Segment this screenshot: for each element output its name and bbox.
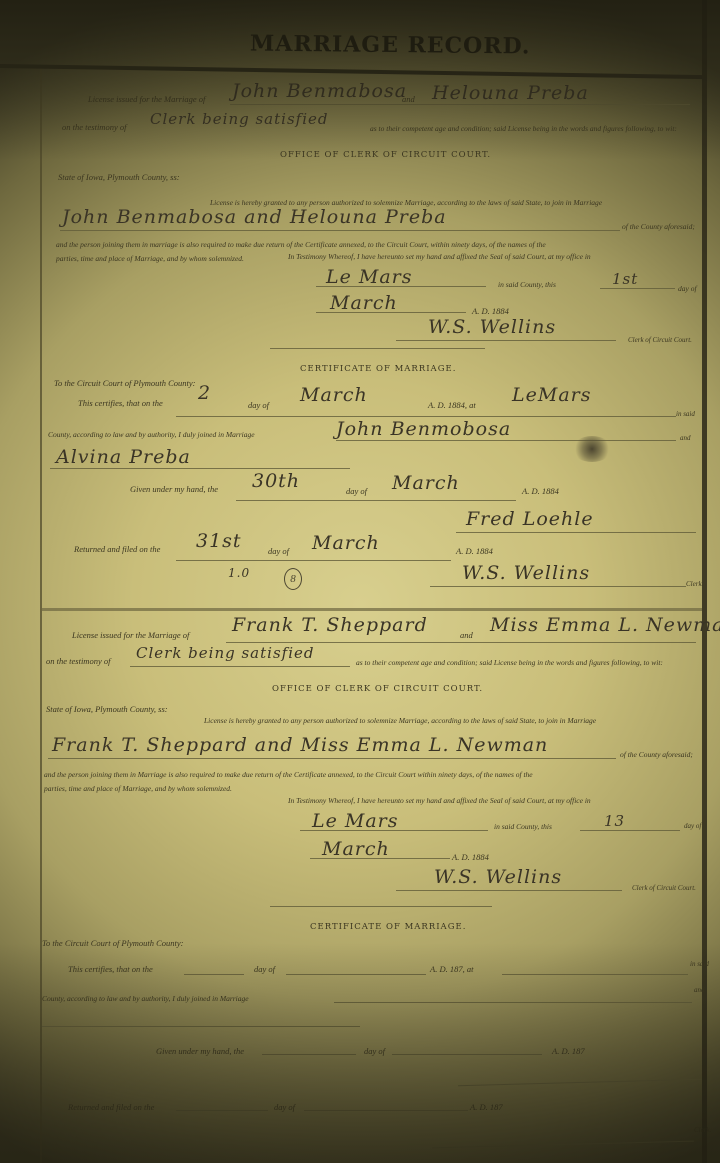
ad-label: A. D. 1884 xyxy=(472,306,509,316)
returned-text: Returned and filed on the xyxy=(68,1102,154,1112)
clerk-title: Clerk of Circuit Court. xyxy=(628,336,692,344)
couple-names: Frank T. Sheppard and Miss Emma L. Newma… xyxy=(52,734,548,756)
day-of-label: day of xyxy=(678,284,697,293)
given-day: 30th xyxy=(252,470,300,492)
to-court: To the Circuit Court of Plymouth County: xyxy=(42,938,184,948)
office-heading: OFFICE OF CLERK OF CIRCUIT COURT. xyxy=(280,150,491,160)
returned-ad: A. D. 1884 xyxy=(456,546,493,556)
groom-name: John Benmabosa xyxy=(232,80,407,102)
returned-clerk-title: Clerk. xyxy=(686,580,703,588)
cert-ad: A. D. 187, at xyxy=(430,964,473,974)
separator-line xyxy=(270,348,485,349)
to-court: To the Circuit Court of Plymouth County: xyxy=(54,378,196,388)
cert-day-of: day of xyxy=(248,400,269,410)
couple-line xyxy=(60,230,620,231)
place-line xyxy=(316,286,486,287)
day-line xyxy=(600,288,675,289)
grant-text: License is hereby granted to any person … xyxy=(204,716,596,725)
name-line xyxy=(230,104,690,105)
cert-ad: A. D. 1884, at xyxy=(428,400,476,410)
return-text: and the person joining them in marriage … xyxy=(56,240,546,249)
county-text: of the County aforesaid; xyxy=(620,750,693,759)
clerk-signature: W.S. Wellins xyxy=(428,316,556,338)
license-day: 13 xyxy=(604,812,625,830)
clerk-title: Clerk of Circuit Court. xyxy=(632,884,696,892)
testimony-value: Clerk being satisfied xyxy=(150,110,328,128)
testimony-whereof: In Testimony Whereof, I have hereunto se… xyxy=(288,252,591,261)
groom-name: Frank T. Sheppard xyxy=(232,614,428,636)
cert-bride-line xyxy=(50,468,350,469)
day-line xyxy=(580,830,680,831)
signature-line xyxy=(396,890,622,891)
returned-month-line xyxy=(304,1110,468,1111)
and-label: and xyxy=(460,630,473,640)
cert-month-line xyxy=(286,974,426,975)
ink-blot xyxy=(572,436,612,462)
cert-and: and xyxy=(680,434,691,442)
returned-ad: A. D. 187 xyxy=(470,1102,503,1112)
cert-bride-line xyxy=(42,1026,360,1027)
in-said: in said xyxy=(690,960,709,968)
ad-label: A. D. 1884 xyxy=(452,852,489,862)
return-text-2: parties, time and place of Marriage, and… xyxy=(56,254,244,263)
cert-bride: Alvina Preba xyxy=(56,446,191,468)
officiant-line xyxy=(458,1079,702,1086)
testimony-line xyxy=(130,666,350,667)
testimony-whereof: In Testimony Whereof, I have hereunto se… xyxy=(288,796,591,805)
given-year-digit: 4 xyxy=(555,486,559,496)
returned-day-line xyxy=(176,1110,268,1111)
cert-day-of: day of xyxy=(254,964,275,974)
returned-month: March xyxy=(312,532,380,554)
given-day-line xyxy=(262,1054,356,1055)
couple-names: John Benmabosa and Helouna Preba xyxy=(62,206,447,228)
cert-day: 2 xyxy=(198,382,211,404)
license-place: Le Mars xyxy=(326,266,413,288)
office-heading: OFFICE OF CLERK OF CIRCUIT COURT. xyxy=(272,684,483,694)
certificate-heading: CERTIFICATE OF MARRIAGE. xyxy=(310,922,466,932)
record-divider xyxy=(42,608,702,611)
bride-name: Miss Emma L. Newman xyxy=(490,614,720,636)
returned-day: 31st xyxy=(196,530,242,552)
testimony-suffix: as to their competent age and condition;… xyxy=(356,658,663,667)
returned-day-of: day of xyxy=(268,546,289,556)
given-month: March xyxy=(392,472,460,494)
couple-line xyxy=(48,758,616,759)
returned-clerk-signature: W.S. Wellins xyxy=(462,562,590,584)
cert-groom: John Benmobosa xyxy=(336,418,511,440)
given-text: Given under my hand, the xyxy=(156,1046,244,1056)
state-county: State of Iowa, Plymouth County, ss: xyxy=(58,172,180,182)
clerk-signature: W.S. Wellins xyxy=(434,866,562,888)
given-day-of: day of xyxy=(346,486,367,496)
license-month: March xyxy=(330,292,398,314)
circled-note: 8 xyxy=(284,568,302,590)
returned-year-digit: 4 xyxy=(489,546,493,556)
shadow-bottom xyxy=(0,943,720,1163)
separator-line xyxy=(270,906,492,907)
returned-clerk-line xyxy=(432,1141,694,1149)
given-month-line xyxy=(392,1054,542,1055)
cert-county-text: County, according to law and by authorit… xyxy=(48,430,255,439)
testimony-prefix: on the testimony of xyxy=(46,656,110,666)
margin-note: 1.0 xyxy=(228,566,250,580)
state-county: State of Iowa, Plymouth County, ss: xyxy=(46,704,168,714)
license-day: 1st xyxy=(612,270,638,288)
certifies-text: This certifies, that on the xyxy=(78,398,163,408)
cert-day-line xyxy=(184,974,244,975)
ledger-page: MARRIAGE RECORD. License issued for the … xyxy=(0,0,720,1163)
testimony-prefix: on the testimony of xyxy=(62,122,126,132)
cert-groom-line xyxy=(334,1002,692,1003)
returned-clerk-line xyxy=(430,586,686,587)
in-said-county: in said County, this xyxy=(494,822,552,831)
certificate-heading: CERTIFICATE OF MARRIAGE. xyxy=(300,364,456,374)
day-of-label: day of xyxy=(684,822,701,830)
returned-clerk-title: Clerk. xyxy=(694,1126,711,1134)
month-line xyxy=(316,312,466,313)
name-line xyxy=(226,642,696,643)
given-ad: A. D. 187 xyxy=(552,1046,585,1056)
cert-date-line xyxy=(176,416,676,417)
returned-day-of: day of xyxy=(274,1102,295,1112)
license-prefix: License issued for the Marriage of xyxy=(72,630,189,640)
testimony-value: Clerk being satisfied xyxy=(136,644,314,662)
page-title: MARRIAGE RECORD. xyxy=(250,31,531,60)
return-text: and the person joining them in Marriage … xyxy=(44,770,533,779)
bride-name: Helouna Preba xyxy=(432,82,589,104)
given-text: Given under my hand, the xyxy=(130,484,218,494)
place-line xyxy=(300,830,488,831)
county-text: of the County aforesaid; xyxy=(622,222,695,231)
license-prefix: License issued for the Marriage of xyxy=(88,94,205,104)
in-said: in said xyxy=(676,410,695,418)
returned-line xyxy=(176,560,451,561)
cert-and: and xyxy=(694,986,705,994)
and-label: and xyxy=(402,94,415,104)
certifies-text: This certifies, that on the xyxy=(68,964,153,974)
header-rule xyxy=(0,64,705,79)
cert-county-text: County, according to law and by authorit… xyxy=(42,994,249,1003)
given-day-of: day of xyxy=(364,1046,385,1056)
license-place: Le Mars xyxy=(312,810,399,832)
cert-place: LeMars xyxy=(512,384,591,406)
year-digit: 4 xyxy=(485,852,489,862)
officiant-line xyxy=(456,532,696,533)
cert-month: March xyxy=(300,384,368,406)
cert-place-line xyxy=(502,974,688,975)
license-month: March xyxy=(322,838,390,860)
cert-groom-line xyxy=(336,440,676,441)
given-ad: A. D. 1884 xyxy=(522,486,559,496)
returned-text: Returned and filed on the xyxy=(74,544,160,554)
given-line xyxy=(236,500,516,501)
return-text-2: parties, time and place of Marriage, and… xyxy=(44,784,232,793)
testimony-suffix: as to their competent age and condition;… xyxy=(370,124,677,133)
officiant-signature: Fred Loehle xyxy=(466,508,594,530)
year-digit: 4 xyxy=(505,306,509,316)
signature-line xyxy=(396,340,616,341)
month-line xyxy=(310,858,450,859)
in-said-county: in said County, this xyxy=(498,280,556,289)
